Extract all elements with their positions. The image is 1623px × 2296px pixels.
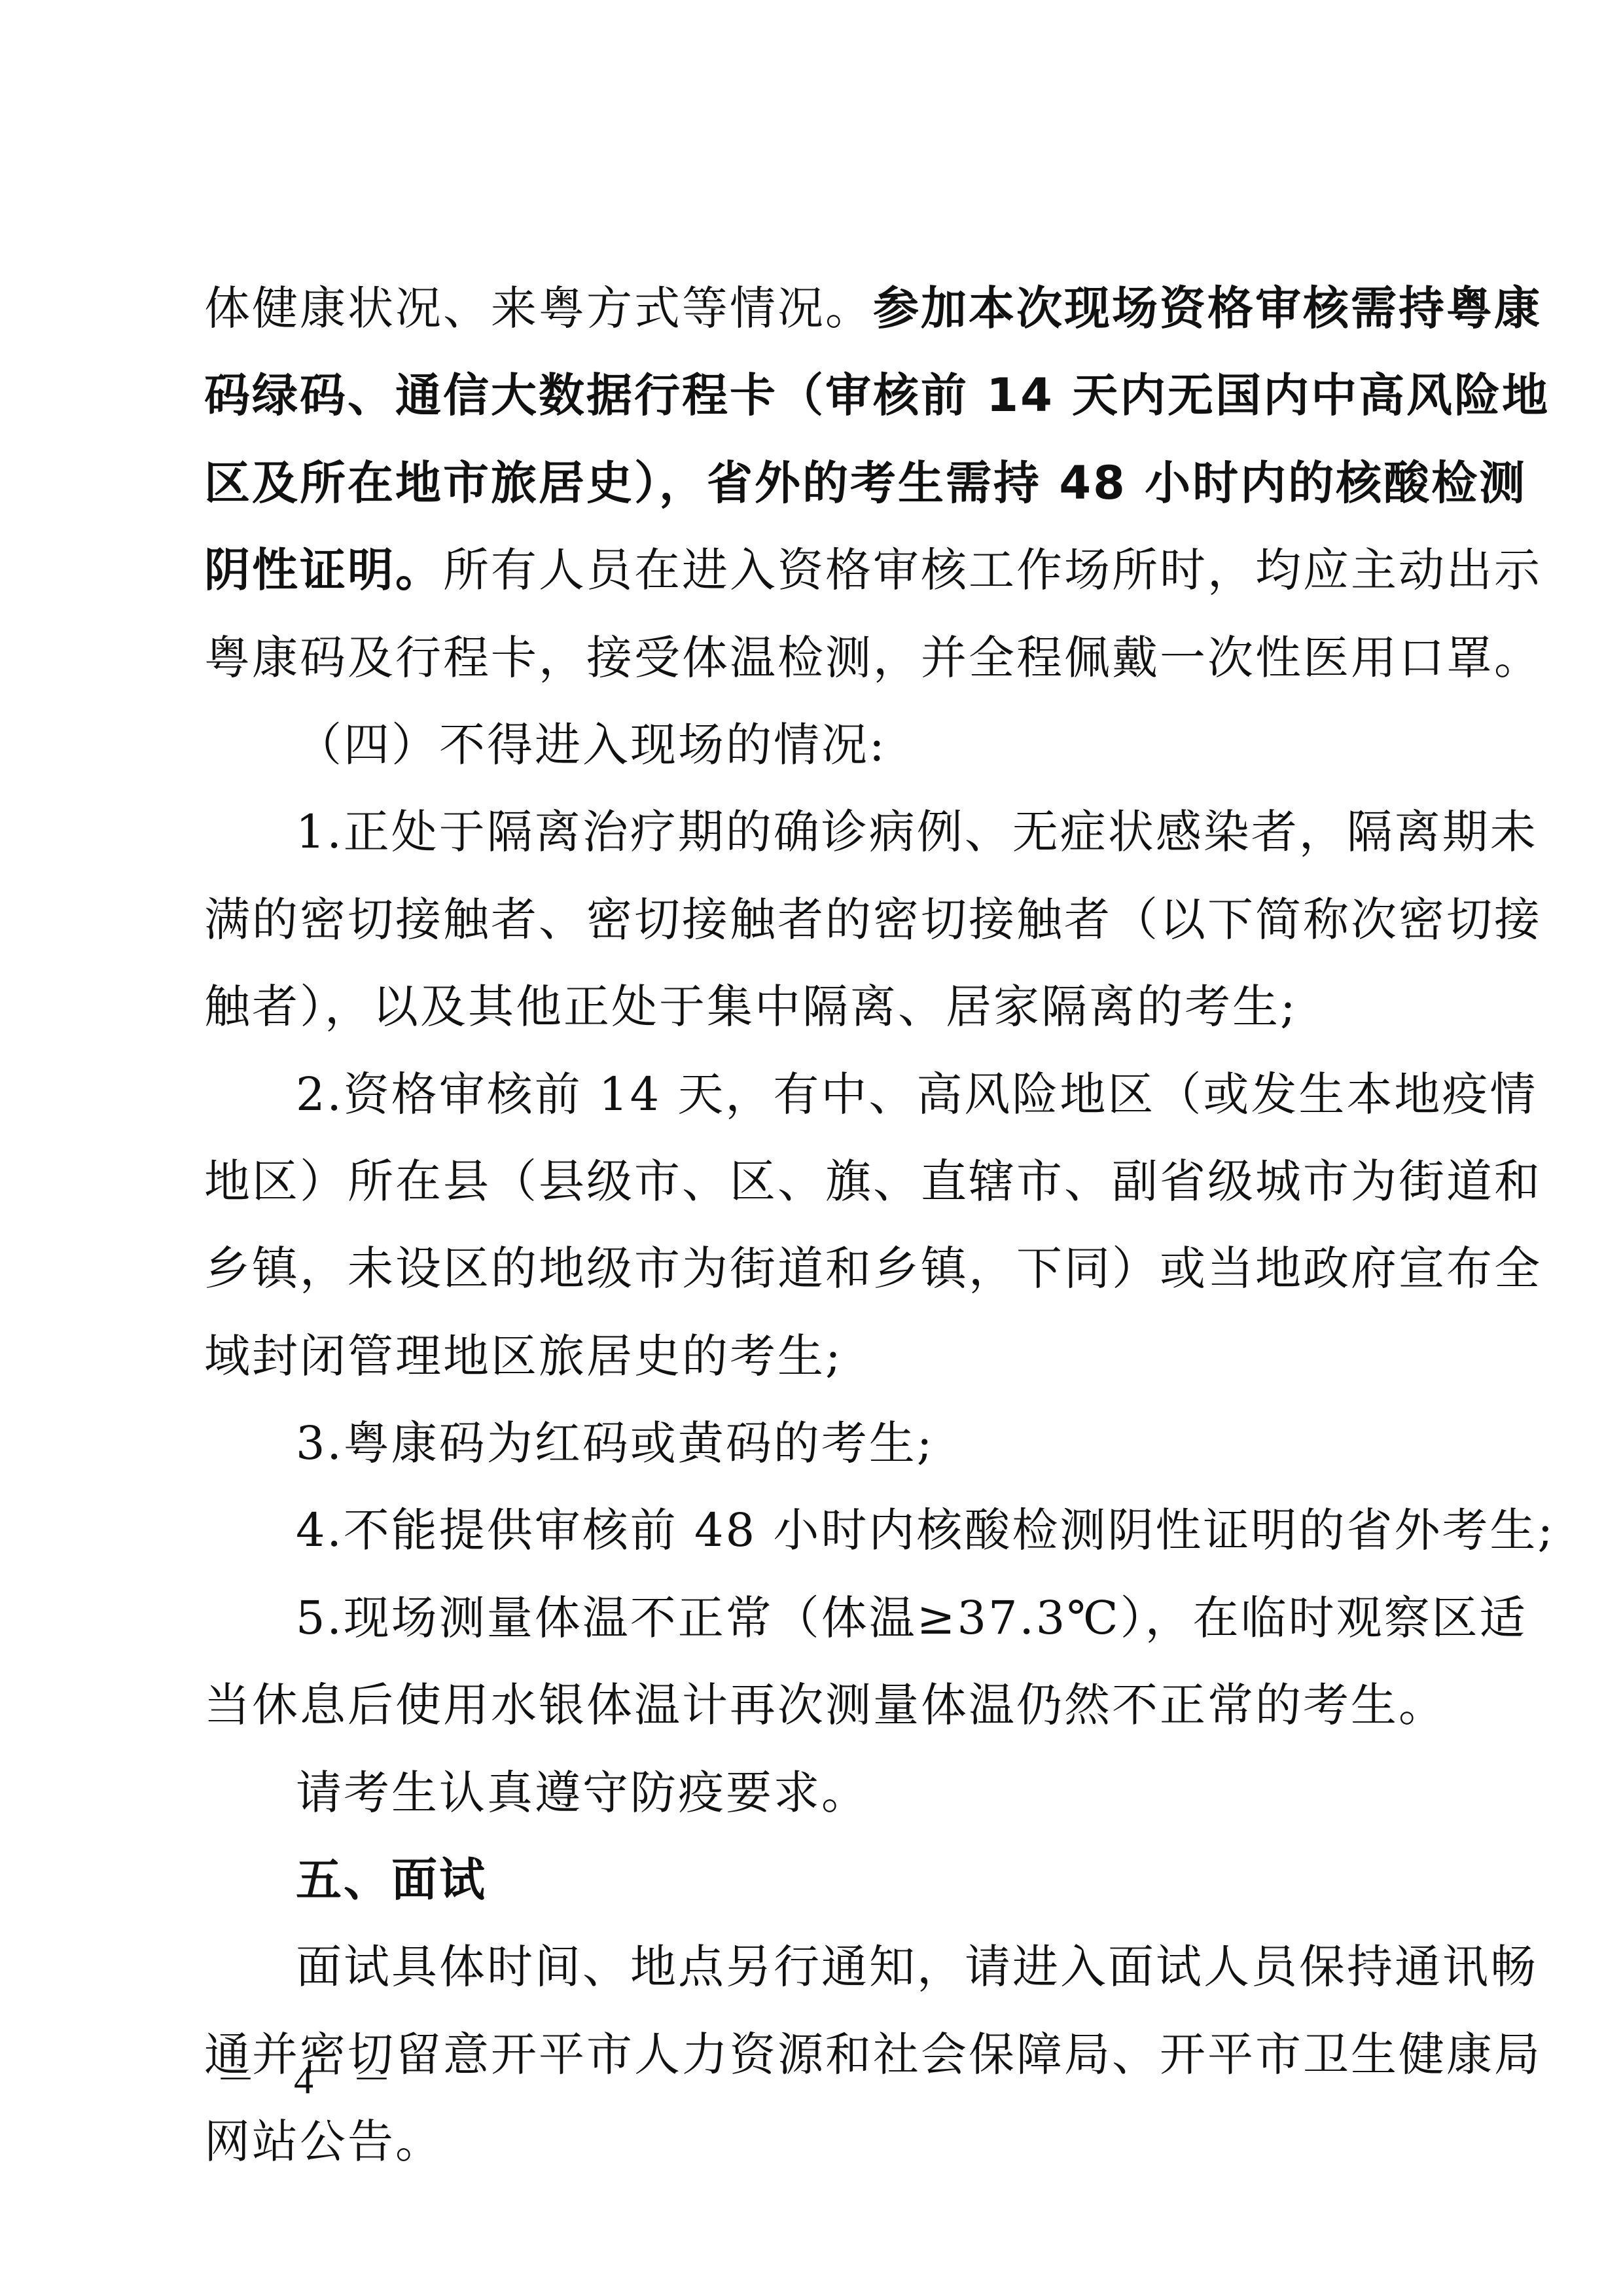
list-item-4: 4.不能提供审核前 48 小时内核酸检测阴性证明的省外考生;	[204, 1487, 1435, 1574]
text-segment: 面试具体时间、地点另行通知，请进入面试人员保持通讯畅	[296, 1940, 1538, 1994]
list-item-1: 1.正处于隔离治疗期的确诊病例、无症状感染者，隔离期未	[204, 789, 1435, 876]
text-segment-bold: 码绿码、通信大数据行程卡（审核前 14 天内无国内中高风险地	[204, 368, 1550, 422]
text-segment: 5.现场测量体温不正常（体温≥37.3℃），在临时观察区适	[296, 1591, 1527, 1645]
text-segment: 粤康码及行程卡，接受体温检测，并全程佩戴一次性医用口罩。	[204, 631, 1542, 685]
text-segment: 触者），以及其他正处于集中隔离、居家隔离的考生;	[204, 980, 1298, 1033]
text-line: 当休息后使用水银体温计再次测量体温仍然不正常的考生。	[204, 1662, 1435, 1749]
document-page: 体健康状况、来粤方式等情况。参加本次现场资格审核需持粤康 码绿码、通信大数据行程…	[0, 0, 1623, 2296]
text-line: 乡镇，未设区的地级市为街道和乡镇，下同）或当地政府宣布全	[204, 1225, 1435, 1312]
text-segment: 2.资格审核前 14 天，有中、高风险地区（或发生本地疫情	[296, 1067, 1537, 1121]
list-item-2: 2.资格审核前 14 天，有中、高风险地区（或发生本地疫情	[204, 1051, 1435, 1138]
text-line: 区及所在地市旅居史），省外的考生需持 48 小时内的核酸检测	[204, 440, 1435, 527]
document-body: 体健康状况、来粤方式等情况。参加本次现场资格审核需持粤康 码绿码、通信大数据行程…	[204, 265, 1435, 2186]
text-segment: 4.不能提供审核前 48 小时内核酸检测阴性证明的省外考生;	[296, 1503, 1555, 1557]
text-segment: 所有人员在进入资格审核工作场所时，均应主动出示	[443, 543, 1542, 597]
text-segment: 网站公告。	[204, 2115, 443, 2168]
text-line: 地区）所在县（县级市、区、旗、直辖市、副省级城市为街道和	[204, 1138, 1435, 1225]
text-segment-bold: 区及所在地市旅居史），省外的考生需持 48 小时内的核酸检测	[204, 456, 1527, 510]
text-segment: 请考生认真遵守防疫要求。	[296, 1766, 869, 1820]
text-segment: 域封闭管理地区旅居史的考生;	[204, 1329, 843, 1383]
page-number: － 4 －	[216, 2049, 406, 2105]
list-item-3: 3.粤康码为红码或黄码的考生;	[204, 1400, 1435, 1487]
text-segment: 1.正处于隔离治疗期的确诊病例、无症状感染者，隔离期未	[296, 805, 1538, 859]
text-line: 域封闭管理地区旅居史的考生;	[204, 1313, 1435, 1400]
text-line: 码绿码、通信大数据行程卡（审核前 14 天内无国内中高风险地	[204, 352, 1435, 439]
text-segment: （四）不得进入现场的情况:	[296, 718, 887, 772]
text-line: 网站公告。	[204, 2098, 1435, 2185]
list-item-5: 5.现场测量体温不正常（体温≥37.3℃），在临时观察区适	[204, 1575, 1435, 1662]
text-segment: 乡镇，未设区的地级市为街道和乡镇，下同）或当地政府宣布全	[204, 1242, 1542, 1295]
text-segment: 3.粤康码为红码或黄码的考生;	[296, 1416, 934, 1470]
text-segment: 体健康状况、来粤方式等情况。	[204, 281, 873, 335]
text-line: 体健康状况、来粤方式等情况。参加本次现场资格审核需持粤康	[204, 265, 1435, 352]
text-segment: 满的密切接触者、密切接触者的密切接触者（以下简称次密切接	[204, 893, 1542, 946]
text-segment: 地区）所在县（县级市、区、旗、直辖市、副省级城市为街道和	[204, 1155, 1542, 1208]
text-line: 粤康码及行程卡，接受体温检测，并全程佩戴一次性医用口罩。	[204, 615, 1435, 702]
text-line: 触者），以及其他正处于集中隔离、居家隔离的考生;	[204, 963, 1435, 1050]
text-line: 满的密切接触者、密切接触者的密切接触者（以下简称次密切接	[204, 876, 1435, 963]
text-segment-bold: 五、面试	[296, 1853, 487, 1907]
text-line: 面试具体时间、地点另行通知，请进入面试人员保持通讯畅	[204, 1924, 1435, 2011]
text-line: 请考生认真遵守防疫要求。	[204, 1749, 1435, 1837]
text-segment-bold: 阴性证明。	[204, 543, 443, 597]
text-segment: 当休息后使用水银体温计再次测量体温仍然不正常的考生。	[204, 1678, 1446, 1732]
text-line: 阴性证明。所有人员在进入资格审核工作场所时，均应主动出示	[204, 527, 1435, 614]
text-segment-bold: 参加本次现场资格审核需持粤康	[873, 281, 1542, 335]
section-subheading: （四）不得进入现场的情况:	[204, 702, 1435, 789]
section-heading: 五、面试	[204, 1837, 1435, 1924]
